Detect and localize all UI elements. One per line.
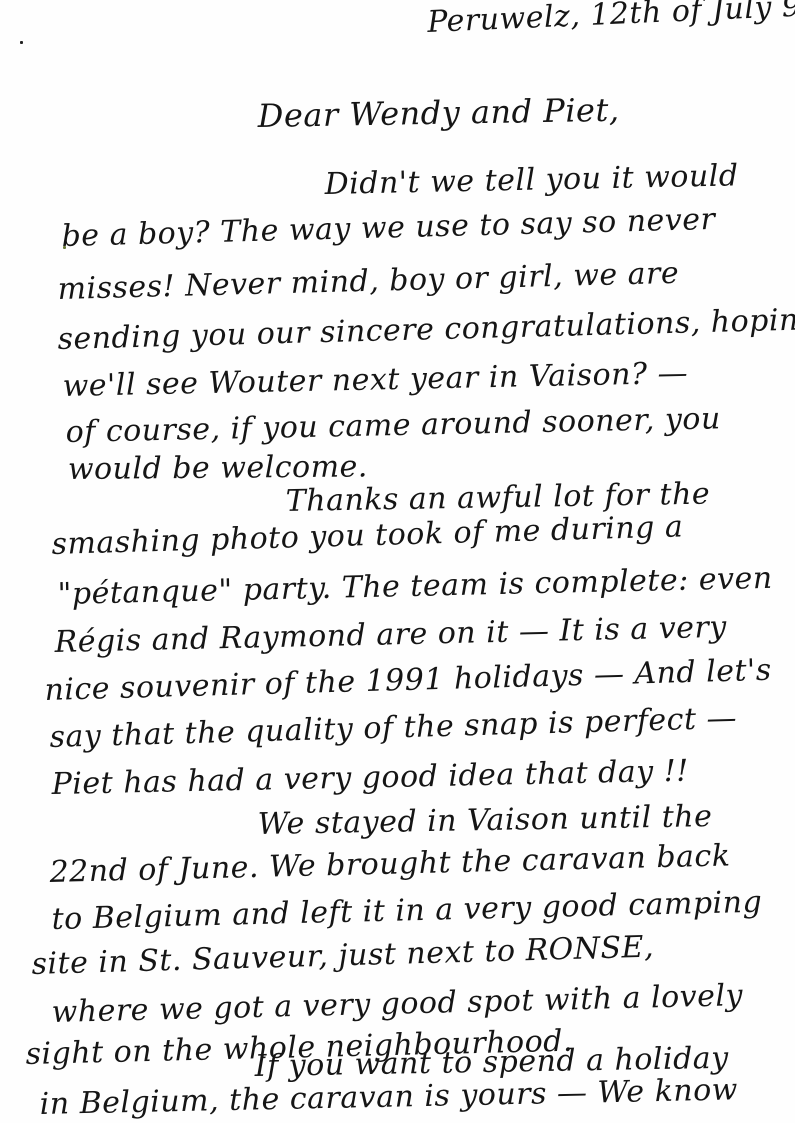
letter-line: in Belgium, the caravan is yours — We kn… (39, 1075, 738, 1120)
letter-line: would be welcome. (68, 452, 368, 485)
letter-line: of course, if you came around sooner, yo… (65, 404, 721, 448)
letter-line: sending you our sincere congratulations,… (57, 305, 795, 355)
letter-salutation: Dear Wendy and Piet, (257, 94, 619, 132)
letter-line: misses! Never mind, boy or girl, we are (57, 259, 679, 305)
letter-line: Piet has had a very good idea that day !… (51, 757, 689, 800)
letter-line: say that the quality of the snap is perf… (49, 704, 737, 753)
ink-speck (20, 41, 23, 44)
letter-line: where we got a very good spot with a lov… (51, 981, 743, 1028)
letter-line: We stayed in Vaison until the (257, 802, 712, 840)
letter-line: to Belgium and left it in a very good ca… (51, 888, 762, 935)
letter-line: Didn't we tell you it would (324, 161, 738, 200)
letter-line: Régis and Raymond are on it — It is a ve… (54, 613, 727, 658)
letter-line: we'll see Wouter next year in Vaison? — (62, 359, 688, 402)
letter-line: smashing photo you took of me during a (51, 512, 684, 560)
letter-line: be a boy? The way we use to say so never (61, 205, 715, 252)
letter-line: 22nd of June. We brought the caravan bac… (49, 841, 731, 888)
letter-line: site in St. Sauveur, just next to RONSE, (31, 933, 654, 980)
letter-dateline: Peruwelz, 12th of July 91 (427, 0, 795, 38)
letter-page: Peruwelz, 12th of July 91 Dear Wendy and… (0, 0, 795, 1123)
letter-line: nice souvenir of the 1991 holidays — And… (44, 656, 772, 706)
letter-line: "pétanque" party. The team is complete: … (57, 564, 773, 610)
